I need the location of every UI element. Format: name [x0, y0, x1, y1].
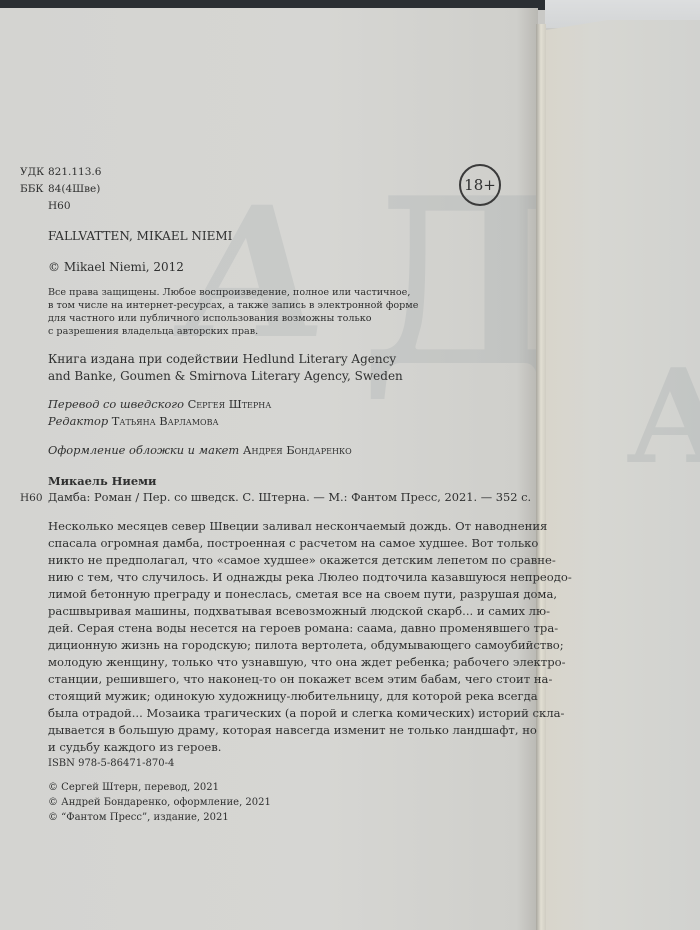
udk-value: 821.113.6	[48, 164, 101, 180]
editor-credit: Редактор Татьяна Варламова	[48, 413, 219, 430]
rights-line: Все права защищены. Любое воспроизведени…	[48, 286, 418, 299]
rights-line: с разрешения владельца авторских прав.	[48, 325, 418, 338]
original-copyright: © Mikael Niemi, 2012	[48, 259, 184, 276]
annotation-line: станции, решившего, что наконец-то он по…	[48, 671, 498, 688]
right-page: А	[546, 20, 700, 930]
annotation-line: была отрадой... Мозаика трагических (а п…	[48, 705, 498, 722]
copyright-line: © “Фантом Пресс”, издание, 2021	[48, 810, 271, 825]
catalog-mark: Н60	[20, 490, 43, 506]
age-rating-badge: 18+	[459, 164, 501, 206]
catalog-author: Микаель Ниеми	[48, 473, 156, 490]
isbn: ISBN 978-5-86471-870-4	[48, 756, 174, 772]
design-credit: Оформление обложки и макет Андрея Бондар…	[48, 442, 352, 459]
udk-label: УДК	[20, 164, 44, 180]
rights-line: для частного или публичного использовани…	[48, 312, 418, 325]
agency-line: and Banke, Goumen & Smirnova Literary Ag…	[48, 368, 403, 385]
rights-notice: Все права защищены. Любое воспроизведени…	[48, 286, 418, 338]
copyright-line: © Сергей Штерн, перевод, 2021	[48, 780, 271, 795]
bbk-label: ББК	[20, 181, 44, 197]
original-title: FALLVATTEN, MIKAEL NIEMI	[48, 228, 232, 245]
catalog-entry: Дамба: Роман / Пер. со шведск. С. Штерна…	[48, 489, 531, 506]
editor-label: Редактор	[48, 414, 108, 428]
show-through-glyph: А	[165, 168, 341, 379]
annotation-line: стоящий мужик; одинокую художницу-любите…	[48, 688, 498, 705]
annotation-line: Несколько месяцев север Швеции заливал н…	[48, 518, 498, 535]
rights-line: в том числе на интернет-ресурсах, а такж…	[48, 299, 418, 312]
translator-name: Сергея Штерна	[188, 397, 272, 411]
annotation-line: никто не предполагал, что «самое худшее»…	[48, 552, 498, 569]
book-gutter	[536, 24, 546, 930]
annotation-line: молодую женщину, только что узнавшую, чт…	[48, 654, 498, 671]
copyright-list: © Сергей Штерн, перевод, 2021 © Андрей Б…	[48, 780, 271, 825]
annotation-line: нию с тем, что случилось. И однажды река…	[48, 569, 498, 586]
annotation-line: и судьбу каждого из героев.	[48, 739, 498, 756]
designer-name: Андрея Бондаренко	[243, 443, 352, 457]
agency-notice: Книга издана при содействии Hedlund Lite…	[48, 351, 403, 385]
age-rating: 18+	[464, 176, 496, 194]
copyright-line: © Андрей Бондаренко, оформление, 2021	[48, 795, 271, 810]
translator-label: Перевод со шведского	[48, 397, 184, 411]
annotation-line: лимой бетонную преграду и понеслась, сме…	[48, 586, 498, 603]
annotation-line: дывается в большую драму, которая навсег…	[48, 722, 498, 739]
annotation-line: дей. Серая стена воды несется на героев …	[48, 620, 498, 637]
design-label: Оформление обложки и макет	[48, 443, 239, 457]
show-through-glyph: А	[626, 340, 700, 493]
annotation-line: диционную жизнь на городскую; пилота вер…	[48, 637, 498, 654]
annotation-line: спасала огромная дамба, построенная с ра…	[48, 535, 498, 552]
editor-name: Татьяна Варламова	[112, 414, 219, 428]
annotation: Несколько месяцев север Швеции заливал н…	[48, 518, 498, 756]
agency-line: Книга издана при содействии Hedlund Lite…	[48, 351, 403, 368]
annotation-line: расшвыривая машины, подхватывая всевозмо…	[48, 603, 498, 620]
translator-credit: Перевод со шведского Сергея Штерна	[48, 396, 271, 413]
bbk-value: 84(4Шве)	[48, 181, 100, 197]
author-mark: Н60	[48, 198, 71, 214]
